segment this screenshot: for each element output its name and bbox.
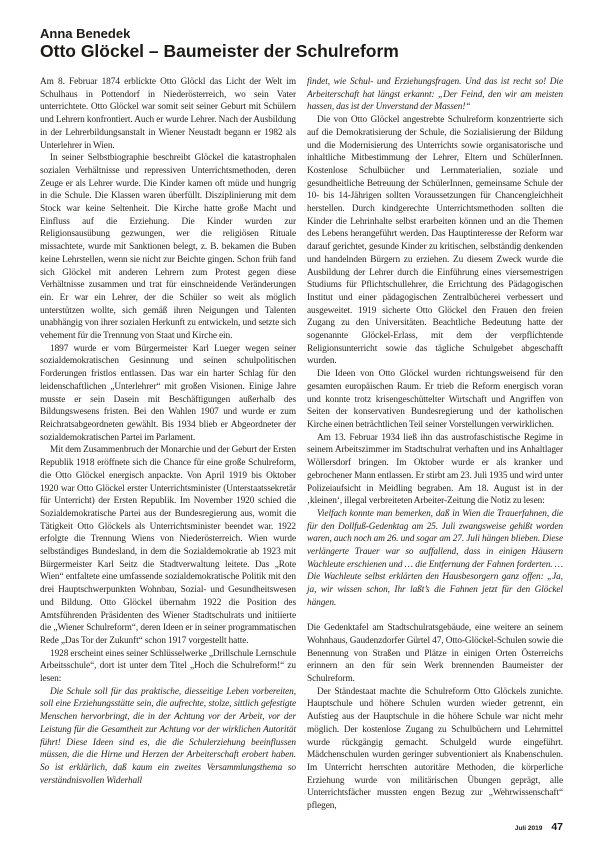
paragraph: findet, wie Schul- und Erziehungsfragen.… (307, 76, 563, 114)
paragraph: Die Schule soll für das praktische, dies… (40, 686, 296, 788)
paragraph: Vielfach konnte man bemerken, daß in Wie… (307, 508, 563, 610)
left-column: Am 8. Februar 1874 erblickte Otto Glöckl… (40, 76, 296, 813)
author-byline: Anna Benedek (40, 26, 564, 41)
paragraph: Am 13. Februar 1934 ließ ihn das austrof… (307, 432, 563, 508)
page-footer: Juli 2019 47 (515, 821, 563, 833)
right-column: findet, wie Schul- und Erziehungsfragen.… (307, 76, 563, 813)
paragraph: In seiner Selbstbiographie beschreibt Gl… (40, 152, 296, 343)
page-title: Otto Glöckel – Baumeister der Schulrefor… (40, 41, 564, 62)
article-body: Am 8. Februar 1874 erblickte Otto Glöckl… (40, 76, 564, 813)
page-number: 47 (551, 821, 563, 833)
document-page: Anna Benedek Otto Glöckel – Baumeister d… (40, 26, 564, 813)
issue-date: Juli 2019 (515, 825, 542, 832)
paragraph: Die von Otto Glöckel angestrebte Schulre… (307, 114, 563, 368)
paragraph: Die Gedenktafel am Stadtschulratsgebäude… (307, 622, 563, 686)
paragraph: Am 8. Februar 1874 erblickte Otto Glöckl… (40, 76, 296, 152)
paragraph: Der Ständestaat machte die Schulreform O… (307, 686, 563, 813)
paragraph: 1897 wurde er vom Bürgermeister Karl Lue… (40, 343, 296, 445)
paragraph: Mit dem Zusammenbruch der Monarchie und … (40, 444, 296, 647)
paragraph: 1928 erscheint eines seiner Schlüsselwer… (40, 648, 296, 686)
paragraph: Die Ideen von Otto Glöckel wurden richtu… (307, 368, 563, 432)
